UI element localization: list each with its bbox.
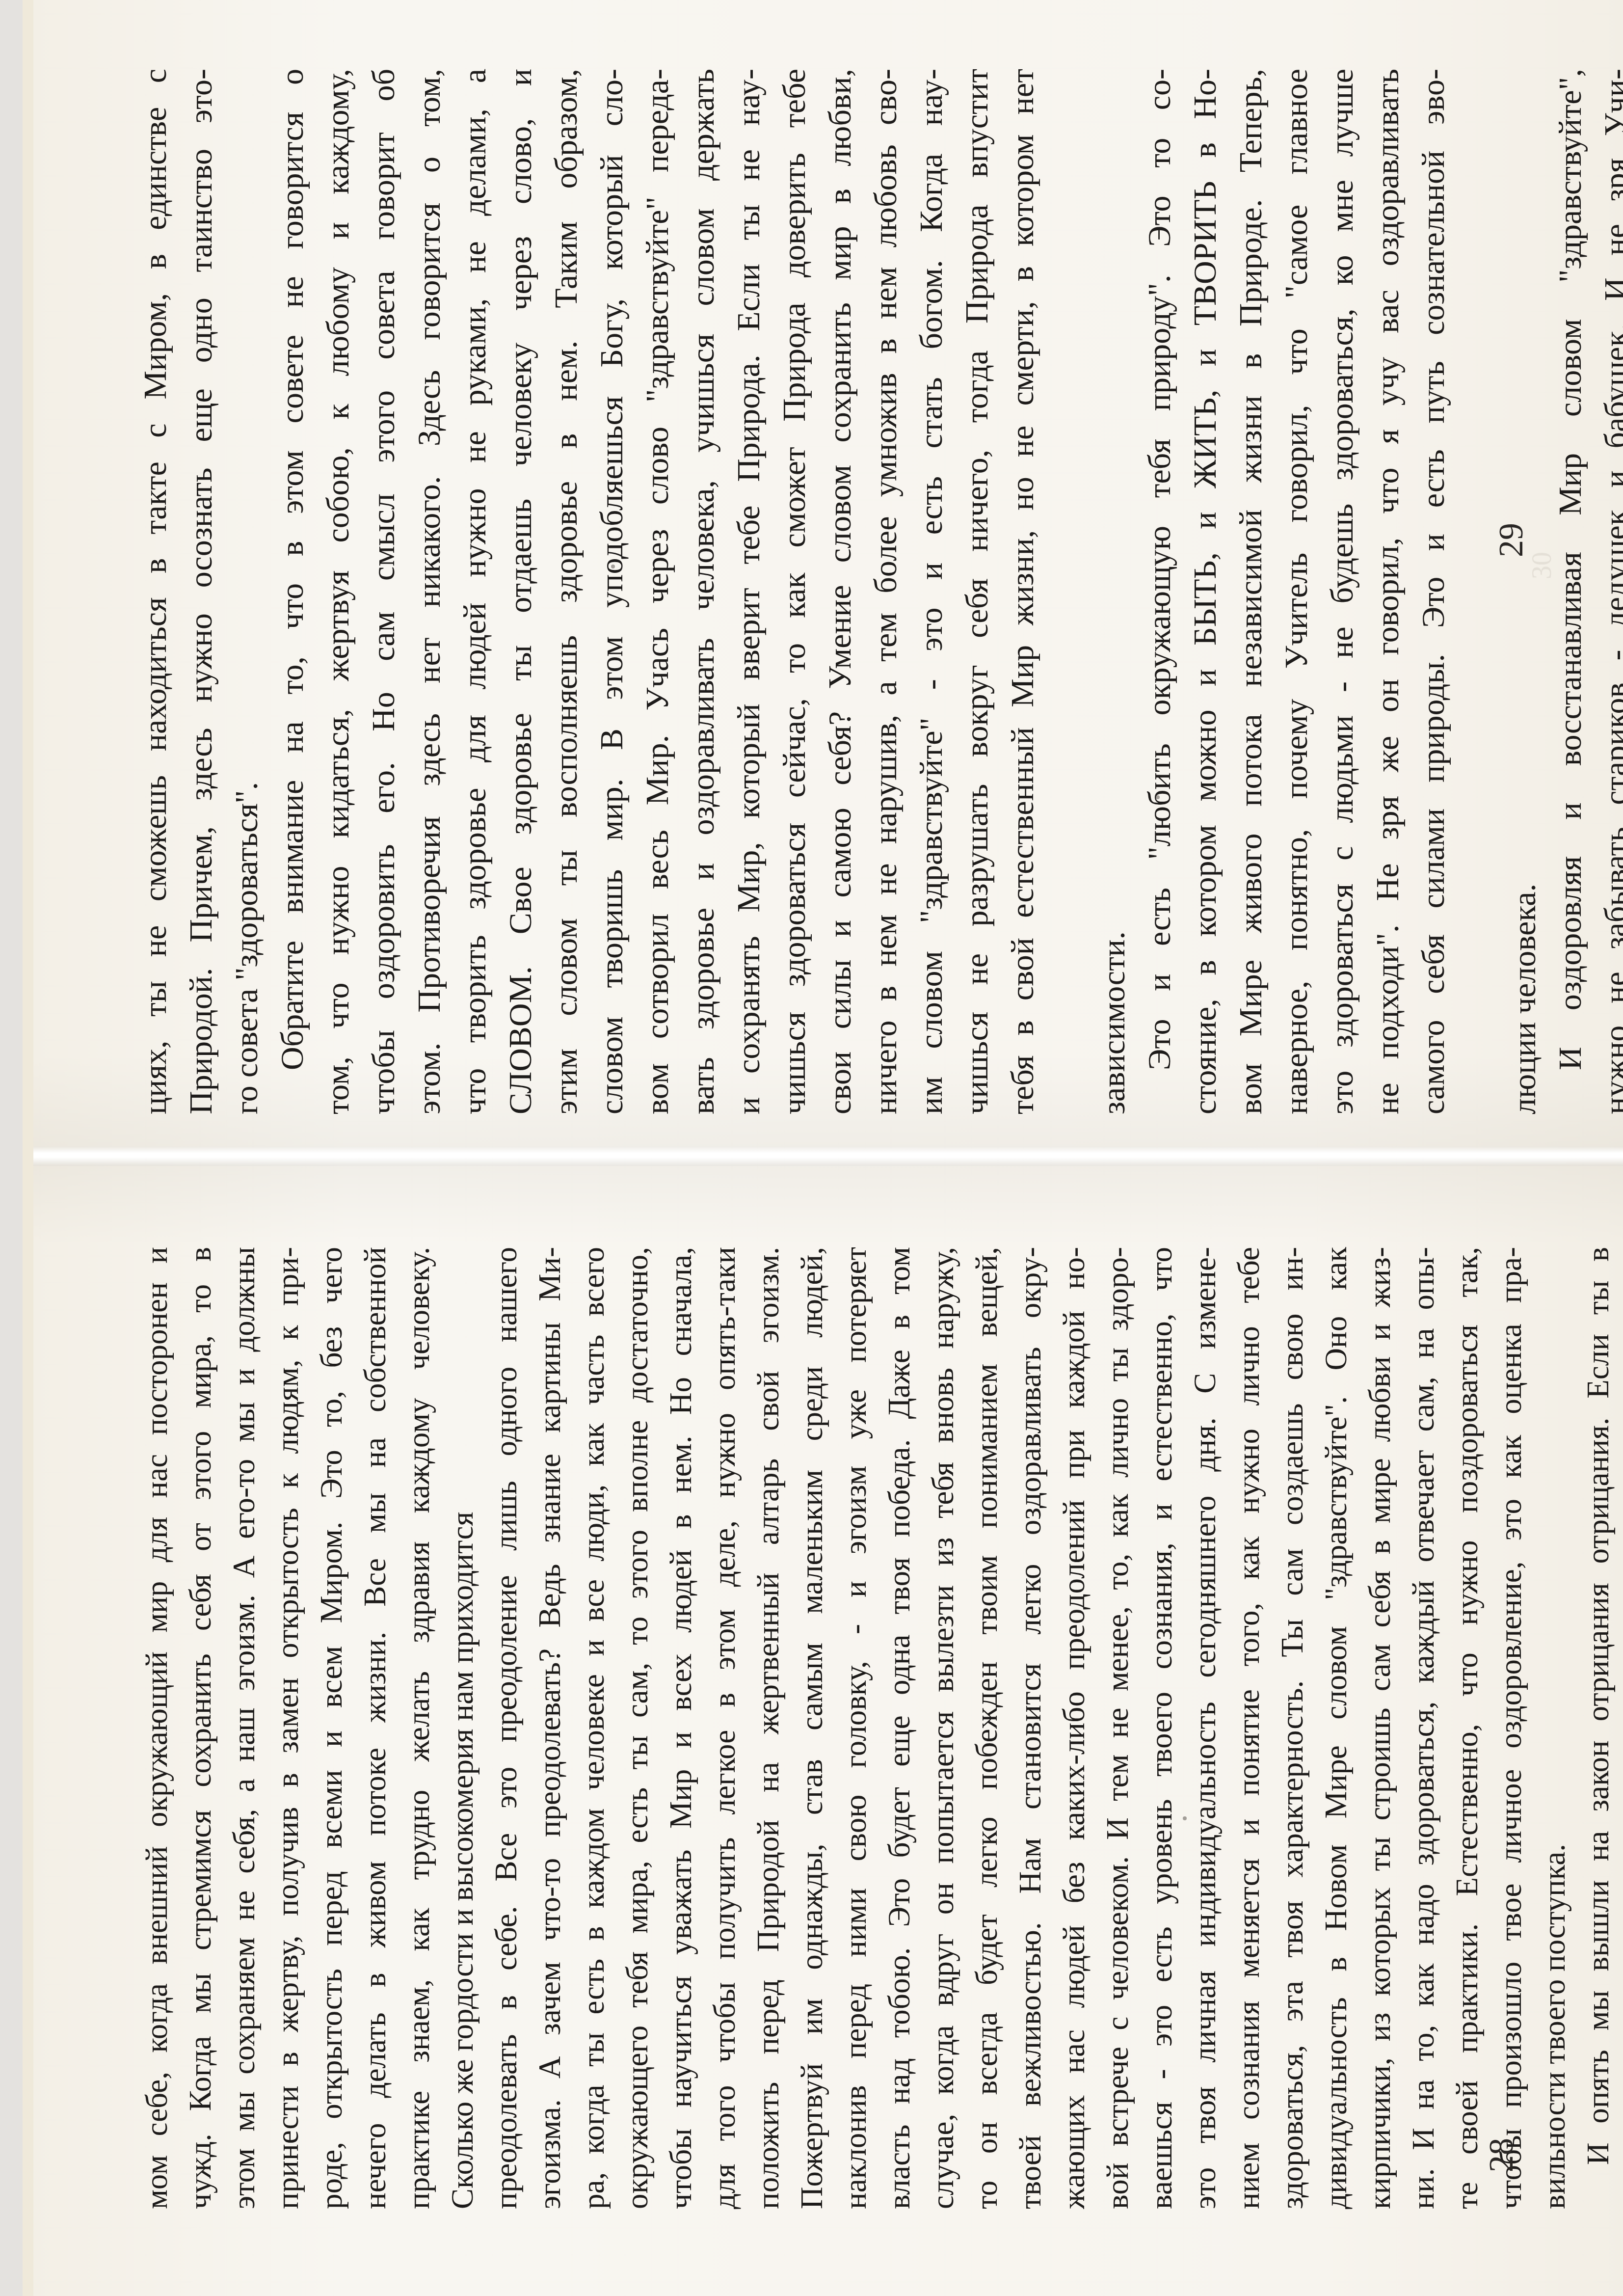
text-line: жающих нас людей без каких-либо преодоле… [1052,1247,1096,2209]
text-line: И опять мы вышли на закон отрицания отри… [1576,1247,1620,2209]
text-line: чишься здороваться сейчас, то как сможет… [772,69,817,1114]
text-line: мом себе, когда внешний окружающий мир д… [135,1247,179,2209]
text-line: том, что нужно кидаться, жертвуя собою, … [315,69,361,1114]
text-line: нием сознания меняется и понятие того, к… [1227,1247,1271,2209]
text-line: что творить здоровье для людей нужно не … [452,69,498,1114]
text-line: Пожертвуй им однажды, став самым маленьк… [790,1247,834,2209]
text-line: им словом "здравствуйте" - это и есть ст… [908,69,954,1114]
text-line: вильности твоего поступка. [1533,1247,1576,2209]
text-line: слове "здравствуйте" не отдашь человеку … [1620,1247,1623,2209]
text-line: вом сотворил весь Мир. Учась через слово… [635,69,680,1114]
text-line: твоей вежливостью. Нам становится легко … [1009,1247,1052,2209]
text-line: люции человека. [1502,69,1547,1114]
book-gutter [33,1146,1623,1166]
text-line: ничего в нем не нарушив, а тем более умн… [863,69,908,1114]
text-line: наверное, понятно, почему Учитель говори… [1274,69,1319,1114]
text-line: И оздоровляя и восстанавливая Мир словом… [1547,69,1593,1114]
text-line: этим словом ты восполняешь здоровье в не… [543,69,589,1114]
text-line: не подходи". Не зря же он говорил, что я… [1365,69,1410,1114]
text-line: практике знаем, как трудно желать здрави… [397,1247,441,2209]
page-29-text: циях, ты не сможешь находиться в такте с… [133,69,1467,1114]
text-line: здороваться, эта твоя характерность. Ты … [1271,1247,1314,2209]
text-line: окружающего тебя мира, есть ты сам, то э… [615,1247,659,2209]
text-line: принести в жертву, получив в замен откры… [266,1247,310,2209]
text-line: циях, ты не сможешь находиться в такте с… [133,69,178,1114]
text-line: чтобы научиться уважать Мир и всех людей… [659,1247,703,2209]
text-line: нечего делать в живом потоке жизни. Все … [353,1247,397,2209]
scan-speck [611,565,615,568]
text-line: для того чтобы получить легкое в этом де… [703,1247,746,2209]
text-line: этом мы сохраняем не себя, а наш эгоизм.… [222,1247,266,2209]
text-line: Природой. Причем, здесь нужно осознать е… [178,69,224,1114]
blank-line [1045,69,1091,1114]
text-line: Это и есть "любить окружающую тебя приро… [1137,69,1182,1114]
text-line: те своей практики. Естественно, что нужн… [1445,1247,1489,2209]
text-line: ни. И на то, как надо здороваться, кажды… [1402,1247,1445,2209]
scan-speck [1156,795,1160,799]
text-line: чтобы произошло твое личное оздоровление… [1489,1247,1533,2209]
text-line: стояние, в котором можно и БЫТЬ, и ЖИТЬ,… [1182,69,1228,1114]
text-line: ваешься - это есть уровень твоего сознан… [1140,1247,1183,2209]
page-28-text: мом себе, когда внешний окружающий мир д… [135,1247,1470,2209]
blank-line [1456,69,1502,1114]
text-line: дивидуальность в Новом Мире словом "здра… [1314,1247,1358,2209]
text-line: зависимости. [1091,69,1137,1114]
text-line: кирпичики, из которых ты строишь сам себ… [1358,1247,1402,2209]
scanner-margin [0,0,23,2296]
book-page-edge [23,0,34,2296]
text-line: то он всегда будет легко побежден твоим … [965,1247,1009,2209]
text-line: вать здоровье и оздоравливать человека, … [680,69,726,1114]
text-line: вой встрече с человеком. И тем не менее,… [1096,1247,1140,2209]
text-line: наклонив перед ними свою головку, - и эг… [834,1247,878,2209]
bleed-through-page-number: 30 [1526,552,1558,579]
text-line: преодолевать в себе. Все это преодоление… [484,1247,528,2209]
text-line: это здороваться с людьми - не будешь здо… [1319,69,1365,1114]
text-line: Сколько же гордости и высокомерия нам пр… [441,1247,484,2209]
text-line: вом Мире живого потока независимой жизни… [1228,69,1274,1114]
page-number-28: 28 [1482,2138,1521,2172]
text-line: это твоя личная индивидуальность сегодня… [1183,1247,1227,2209]
text-line: чтобы оздоровить его. Но сам смысл этого… [361,69,406,1114]
text-line: и сохранять Мир, который вверит тебе При… [726,69,772,1114]
text-line: нужно не забывать стариков - дедушек и б… [1593,69,1623,1114]
text-line: свои силы и самою себя? Умение словом со… [817,69,863,1114]
text-line: этом. Противоречия здесь нет никакого. З… [406,69,452,1114]
gutter-shadow [33,1166,1623,1244]
text-line: власть над тобою. Это будет еще одна тво… [878,1247,921,2209]
text-line: положить перед Природой на жертвенный ал… [746,1247,790,2209]
text-line: тебя в свой естественный Мир жизни, но н… [1000,69,1045,1114]
text-line: чужд. Когда мы стремимся сохранить себя … [179,1247,222,2209]
text-line: го совета "здороваться". [224,69,269,1114]
scan-speck [1256,1561,1260,1565]
text-line: эгоизма. А зачем что-то преодолевать? Ве… [528,1247,572,2209]
text-line: СЛОВОМ. Свое здоровье ты отдаешь человек… [498,69,543,1114]
scan-speck [1183,1816,1187,1820]
text-line-underlined: чишься не разрушать вокруг себя ничего, … [954,69,1000,1114]
text-line: ра, когда ты есть в каждом человеке и вс… [572,1247,615,2209]
text-line: Обратите внимание на то, что в этом сове… [269,69,315,1114]
text-line: роде, открытость перед всеми и всем Миро… [310,1247,353,2209]
text-line: случае, когда вдруг он попытается вылезт… [921,1247,965,2209]
page-number-29: 29 [1492,523,1531,557]
text-line: самого себя силами природы. Это и есть п… [1410,69,1456,1114]
text-line: словом творишь мир. В этом уподобляешься… [589,69,635,1114]
